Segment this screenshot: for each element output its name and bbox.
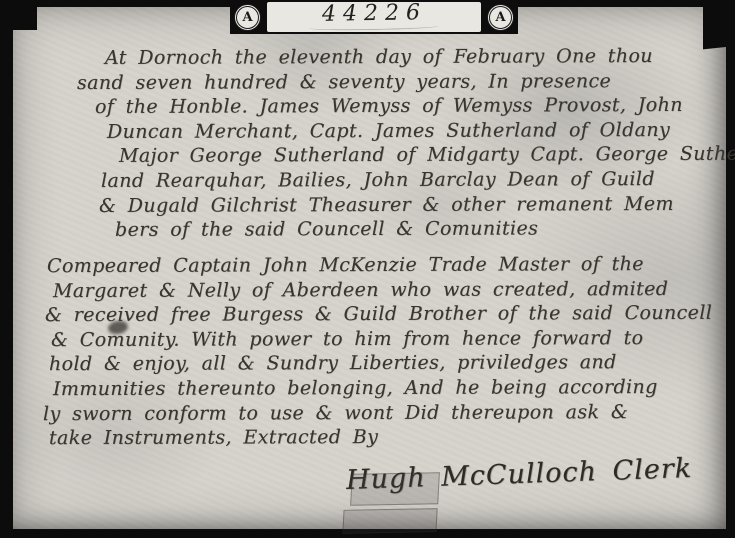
handwritten-line: & Comunity. With power to him from hence… — [43, 326, 700, 353]
handwritten-line: & received free Burgess & Guild Brother … — [43, 301, 700, 328]
handwritten-line: Margaret & Nelly of Aberdeen who was cre… — [43, 276, 700, 303]
handwritten-line: land Rearquhar, Bailies, John Barclay De… — [43, 167, 700, 194]
monogram-stamp-icon: A — [234, 4, 261, 31]
handwritten-line: of the Honble. James Wemyss of Wemyss Pr… — [43, 93, 700, 120]
document-paper: At Dornoch the eleventh day of February … — [13, 7, 726, 529]
scan-corner-notch — [0, 0, 37, 30]
handwritten-line: At Dornoch the eleventh day of February … — [43, 44, 700, 71]
handwritten-line: bers of the said Councell & Comunities — [43, 216, 700, 243]
handwritten-line: Immunities thereunto belonging, And he b… — [43, 375, 700, 402]
faded-stamp-mark — [350, 472, 440, 506]
paragraph-record-heading: At Dornoch the eleventh day of February … — [43, 45, 700, 242]
handwritten-line: hold & enjoy, all & Sundry Liberties, pr… — [43, 350, 700, 377]
archive-number: 44226 — [321, 3, 426, 25]
scan-corner-notch — [703, 0, 735, 49]
handwritten-line: & Dugald Gilchrist Theasurer & other rem… — [43, 191, 700, 218]
faded-stamp-mark — [342, 508, 437, 534]
handwritten-line: take Instruments, Extracted By — [43, 424, 700, 451]
archive-label: A 44226 A — [230, 0, 518, 34]
handwritten-line: sand seven hundred & seventy years, In p… — [43, 68, 700, 95]
handwritten-line: ly sworn conform to use & wont Did there… — [43, 399, 700, 426]
paragraph-burgess-entry: Compeared Captain John McKenzie Trade Ma… — [43, 253, 700, 450]
archive-number-plate: 44226 — [267, 2, 481, 32]
handwritten-line: Compeared Captain John McKenzie Trade Ma… — [43, 252, 700, 279]
handwritten-line: Duncan Merchant, Capt. James Sutherland … — [43, 118, 700, 145]
scanned-document: At Dornoch the eleventh day of February … — [0, 0, 735, 538]
handwritten-line: Major George Sutherland of Midgarty Capt… — [43, 142, 700, 169]
monogram-stamp-icon: A — [487, 4, 514, 31]
